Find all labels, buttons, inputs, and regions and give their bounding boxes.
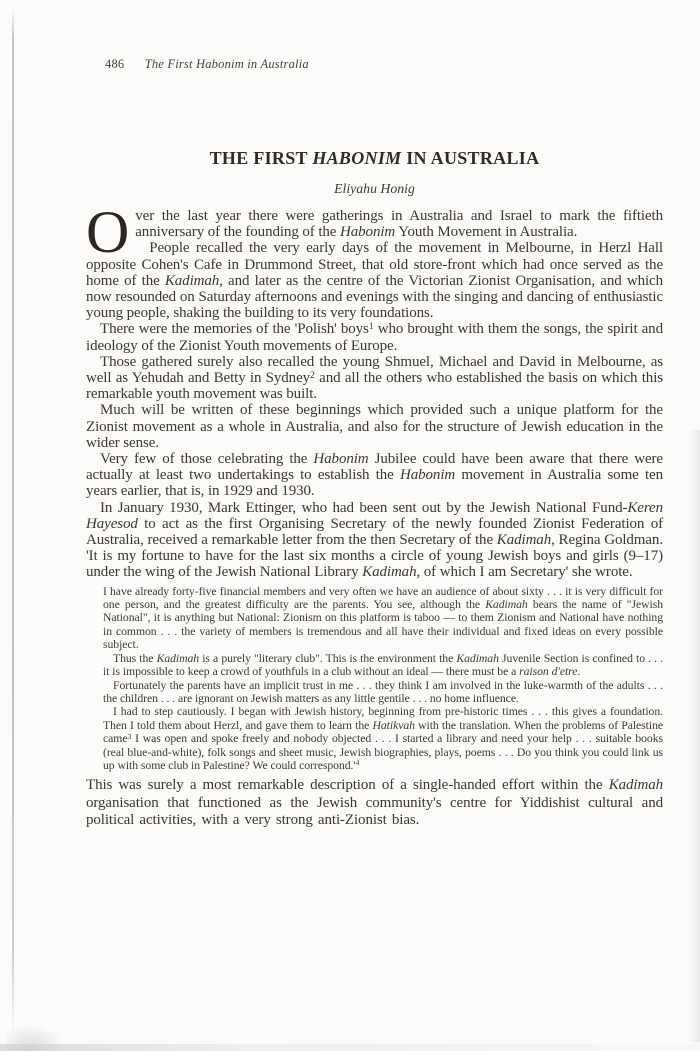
opening-paragraph: Over the last year there were gatherings… <box>86 208 663 240</box>
scan-edge-bottom-shadow <box>0 1044 700 1051</box>
quote-paragraph: I have already forty-five financial memb… <box>103 585 663 652</box>
body-paragraph: There were the memories of the 'Polish' … <box>86 321 663 353</box>
quote-paragraph: I had to step cautiously. I began with J… <box>103 705 663 772</box>
body-paragraph: Very few of those celebrating the Haboni… <box>86 451 663 500</box>
letter-block-quote: I have already forty-five financial memb… <box>103 585 663 773</box>
scanned-book-page: 486 The First Habonim in Australia THE F… <box>0 0 700 1051</box>
article-title: THE FIRST HABONIM IN AUSTRALIA <box>86 148 663 169</box>
opening-paragraph-text: ver the last year there were gatherings … <box>135 208 663 240</box>
scan-edge-right-shadow <box>689 430 700 1042</box>
body-paragraph: Much will be written of these beginnings… <box>86 402 663 451</box>
author-byline: Eliyahu Honig <box>86 181 663 197</box>
running-header: 486 The First Habonim in Australia <box>105 57 605 72</box>
scan-smudge-bottom-left <box>6 1023 66 1051</box>
closing-paragraph: This was surely a most remarkable descri… <box>86 777 663 829</box>
quote-paragraph: Fortunately the parents have an implicit… <box>103 679 663 706</box>
scan-edge-left-line <box>12 8 14 1038</box>
body-paragraph: In January 1930, Mark Ettinger, who had … <box>86 500 663 581</box>
drop-cap: O <box>86 208 135 256</box>
body-paragraph: People recalled the very early days of t… <box>86 240 663 321</box>
body-paragraph: Those gathered surely also recalled the … <box>86 354 663 403</box>
quote-paragraph: Thus the Kadimah is a purely "literary c… <box>103 652 663 679</box>
running-header-title: The First Habonim in Australia <box>145 57 309 72</box>
page-number: 486 <box>105 57 124 72</box>
article-body: Over the last year there were gatherings… <box>86 208 663 829</box>
